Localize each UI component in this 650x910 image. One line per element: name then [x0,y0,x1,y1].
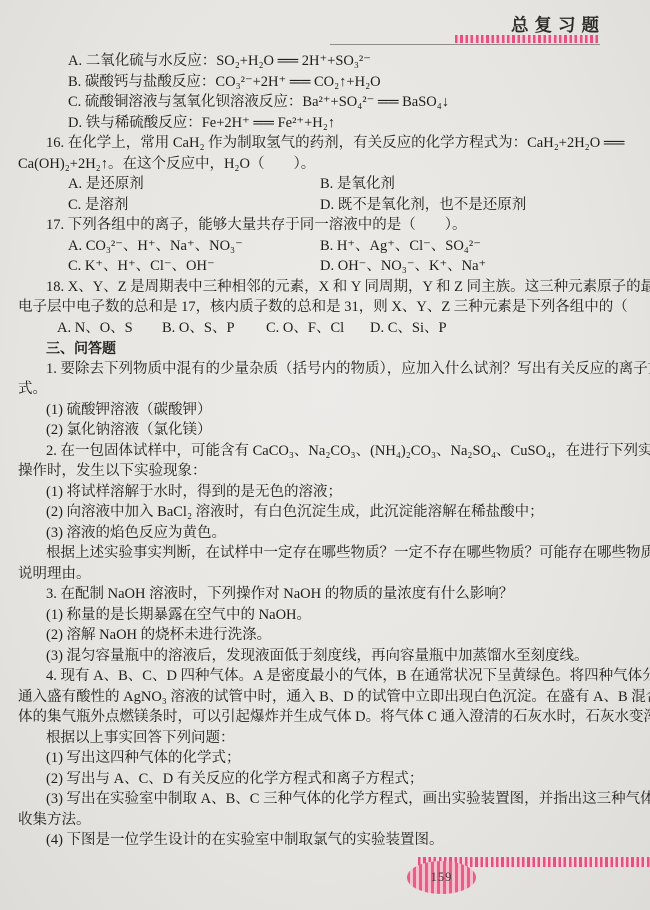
option-item: D. OH⁻、NO₃⁻、K⁺、Na⁺ [320,256,486,277]
option-item: C. 是溶剂 [68,195,320,216]
text-line: 体的集气瓶外点燃镁条时，可以引起爆炸并生成气体 D。将气体 C 通入澄清的石灰水… [18,707,642,728]
text-line: 4. 现有 A、B、C、D 四种气体。A 是密度最小的气体，B 在通常状况下呈黄… [18,666,642,687]
text-line: 18. X、Y、Z 是周期表中三种相邻的元素，X 和 Y 同周期，Y 和 Z 同… [18,277,642,298]
text-line: 2. 在一包固体试样中，可能含有 CaCO₃、Na₂CO₃、(NH₄)₂CO₃、… [18,441,642,462]
text-line: (2) 写出与 A、C、D 有关反应的化学方程式和离子方程式； [18,769,642,790]
option-row: A. N、O、SB. O、S、PC. O、F、ClD. C、Si、P [18,318,642,339]
text-line: 三、问答题 [18,338,642,359]
option-item: A. 是还原剂 [68,174,320,195]
text-line: 式。 [18,379,642,400]
text-line: D. 铁与稀硫酸反应：Fe+2H⁺ ══ Fe²⁺+H₂↑ [18,113,642,134]
text-line: 根据以上事实回答下列问题： [18,728,642,749]
text-line: 收集方法。 [18,810,642,831]
text-line: (3) 溶液的焰色反应为黄色。 [18,523,642,544]
text-line: (2) 向溶液中加入 BaCl₂ 溶液时，有白色沉淀生成，此沉淀能溶解在稀盐酸中… [18,502,642,523]
option-row: C. K⁺、H⁺、Cl⁻、OH⁻D. OH⁻、NO₃⁻、K⁺、Na⁺ [18,256,642,277]
text-line: (3) 混匀容量瓶中的溶液后，发现液面低于刻度线，再向容量瓶中加蒸馏水至刻度线。 [18,646,642,667]
header-underline [330,44,600,45]
text-line: A. 二氧化硫与水反应：SO₂+H₂O ══ 2H⁺+SO₃²⁻ [18,51,642,72]
text-line: B. 碳酸钙与盐酸反应：CO₃²⁻+2H⁺ ══ CO₂↑+H₂O [18,72,642,93]
option-item: A. CO₃²⁻、H⁺、Na⁺、NO₃⁻ [68,236,320,257]
option-row: C. 是溶剂D. 既不是氧化剂，也不是还原剂 [18,195,642,216]
text-line: 电子层中电子数的总和是 17，核内质子数的总和是 31，则 X、Y、Z 三种元素… [18,297,642,318]
text-line: 1. 要除去下列物质中混有的少量杂质（括号内的物质），应加入什么试剂？写出有关反… [18,359,642,380]
text-line: (2) 氯化钠溶液（氯化镁） [18,420,642,441]
text-line: (1) 写出这四种气体的化学式； [18,748,642,769]
option-row: A. 是还原剂B. 是氧化剂 [18,174,642,195]
scanned-textbook-page: 总复习题 A. 二氧化硫与水反应：SO₂+H₂O ══ 2H⁺+SO₃²⁻B. … [0,0,650,910]
option-item: A. N、O、S [57,318,162,339]
option-item: B. H⁺、Ag⁺、Cl⁻、SO₄²⁻ [320,236,481,257]
text-line: C. 硫酸铜溶液与氢氧化钡溶液反应：Ba²⁺+SO₄²⁻ ══ BaSO₄↓ [18,92,642,113]
text-line: 3. 在配制 NaOH 溶液时，下列操作对 NaOH 的物质的量浓度有什么影响？ [18,584,642,605]
option-item: C. K⁺、H⁺、Cl⁻、OH⁻ [68,256,320,277]
option-row: A. CO₃²⁻、H⁺、Na⁺、NO₃⁻B. H⁺、Ag⁺、Cl⁻、SO₄²⁻ [18,236,642,257]
text-line: 16. 在化学上，常用 CaH₂ 作为制取氢气的药剂，有关反应的化学方程式为：C… [18,133,642,154]
option-item: B. O、S、P [162,318,266,339]
option-item: D. C、Si、P [370,318,447,339]
page-number-badge: 159 [407,861,476,894]
page-number: 159 [431,870,453,885]
text-line: (4) 下图是一位学生设计的在实验室中制取氯气的实验装置图。 [18,830,642,851]
text-line: 根据上述实验事实判断，在试样中一定存在哪些物质？一定不存在哪些物质？可能存在哪些… [18,543,642,564]
text-line: Ca(OH)₂+2H₂↑。在这个反应中，H₂O（ ）。 [18,154,642,175]
content-lines: A. 二氧化硫与水反应：SO₂+H₂O ══ 2H⁺+SO₃²⁻B. 碳酸钙与盐… [18,51,642,851]
option-item: B. 是氧化剂 [320,174,395,195]
text-line: (1) 硫酸钾溶液（碳酸钾） [18,400,642,421]
header-stripe-bar [455,35,598,43]
text-line: (3) 写出在实验室中制取 A、B、C 三种气体的化学方程式，画出实验装置图，并… [18,789,642,810]
option-item: C. O、F、Cl [266,318,370,339]
text-line: (1) 将试样溶解于水时，得到的是无色的溶液； [18,482,642,503]
text-line: 说明理由。 [18,564,642,585]
text-line: 操作时，发生以下实验现象： [18,461,642,482]
text-line: (1) 称量的是长期暴露在空气中的 NaOH。 [18,605,642,626]
option-item: D. 既不是氧化剂，也不是还原剂 [320,195,526,216]
text-line: 通入盛有酸性的 AgNO₃ 溶液的试管中时，通入 B、D 的试管中立即出现白色沉… [18,687,642,708]
text-line: (2) 溶解 NaOH 的烧杯未进行洗涤。 [18,625,642,646]
page-header-title: 总复习题 [511,12,605,37]
text-line: 17. 下列各组中的离子，能够大量共存于同一溶液中的是（ ）。 [18,215,642,236]
